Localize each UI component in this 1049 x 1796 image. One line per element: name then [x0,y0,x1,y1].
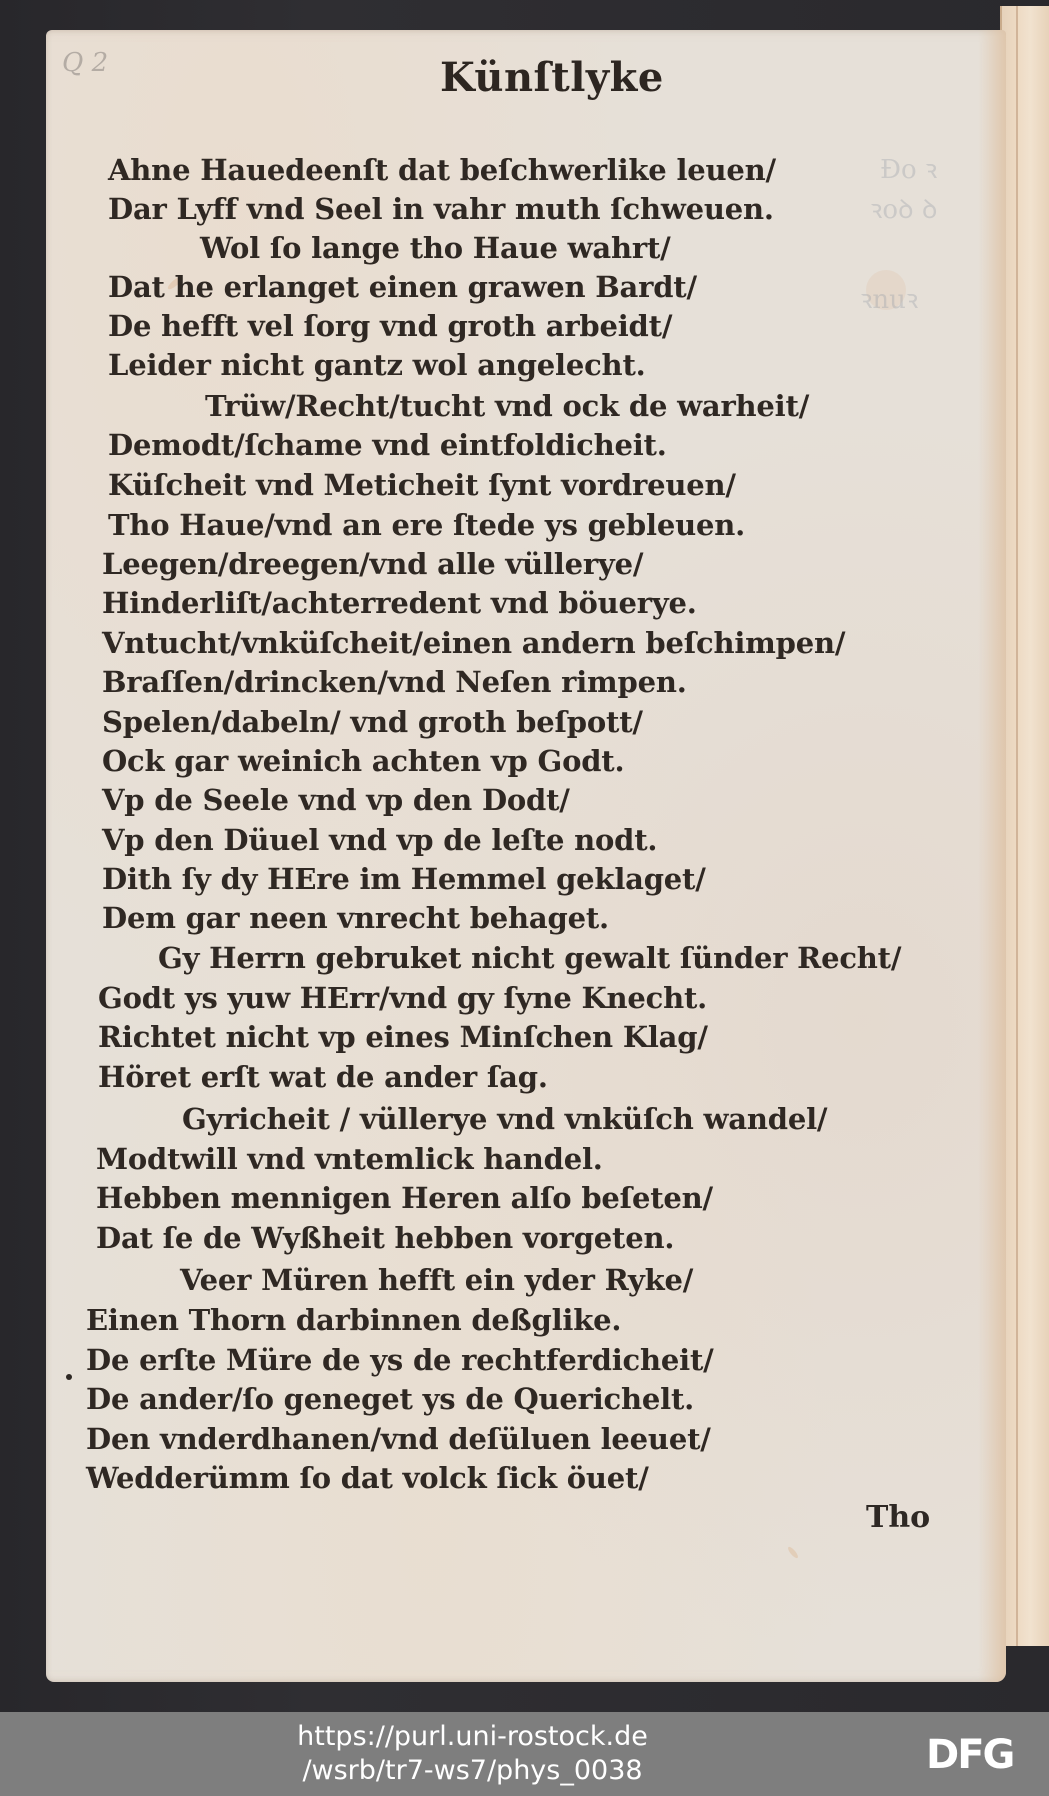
permalink-line-2: /wsrb/tr7-ws7/phys_0038 [0,1754,945,1788]
text-line: Wedderümm ſo dat volck ſick öuet/ [86,1460,649,1496]
margin-mark [66,1374,72,1380]
text-line: Vp de Seele vnd vp den Dodt/ [102,782,570,818]
text-line: Trüw/Recht/tucht vnd ock de warheit/ [205,388,809,424]
text-line: Modtwill vnd vntemlick handel. [96,1141,603,1177]
text-line: Gyricheit / vüllerye vnd vnküſch wandel/ [182,1101,827,1137]
text-line: De hefft vel ſorg vnd groth arbeidt/ [108,308,672,344]
text-line: Tho Haue/vnd an ere ſtede ys gebleuen. [108,507,745,543]
text-line: De erſte Müre de ys de rechtferdicheit/ [86,1342,714,1378]
permalink-line-1: https://purl.uni-rostock.de [0,1720,945,1754]
permalink[interactable]: https://purl.uni-rostock.de /wsrb/tr7-ws… [0,1720,945,1788]
text-line: Ock gar weinich achten vp Godt. [102,743,624,779]
text-line: Vntucht/vnküſcheit/einen andern beſchimp… [102,625,845,661]
text-line: Leider nicht gantz wol angelecht. [108,347,646,383]
text-line: Richtet nicht vp eines Minſchen Klag/ [98,1019,708,1055]
text-line: Demodt/ſchame vnd eintfoldicheit. [108,427,667,463]
text-line: Spelen/dabeln/ vnd groth beſpott/ [102,704,643,740]
text-line: Höret erſt wat de ander ſag. [98,1059,548,1095]
text-line: Hebben mennigen Heren alſo beſeten/ [96,1180,713,1216]
text-line: Gy Herrn gebruket nicht gewalt ſünder Re… [158,940,901,976]
text-line: Ahne Hauedeenſt dat beſchwerlike leuen/ [108,152,776,188]
dfg-logo: DFG [926,1732,1013,1778]
text-line: Veer Müren hefft ein yder Ryke/ [180,1262,693,1298]
text-line: Dar Lyff vnd Seel in vahr muth ſchweuen. [108,191,774,227]
text-line: Küſcheit vnd Meticheit ſynt vordreuen/ [108,467,736,503]
text-line: Vp den Düuel vnd vp de leſte nodt. [102,822,657,858]
catchword: Tho [866,1500,930,1535]
text-line: Leegen/dreegen/vnd alle vüllerye/ [102,546,643,582]
text-line: Braſſen/drincken/vnd Neſen rimpen. [102,664,687,700]
text-line: Hinderliſt/achterredent vnd böuerye. [102,585,697,621]
text-line: Den vnderdhanen/vnd deſüluen leeuet/ [86,1421,711,1457]
text-line: Dat he erlanget einen grawen Bardt/ [108,269,697,305]
text-line: Einen Thorn darbinnen deßglike. [86,1302,621,1338]
text-line: Godt ys yuw HErr/vnd gy ſyne Knecht. [98,980,707,1016]
text-line: De ander/ſo geneget ys de Querichelt. [86,1381,694,1417]
text-line: Dem gar neen vnrecht behaget. [102,900,609,936]
poem-text-block: Ahne Hauedeenſt dat beſchwerlike leuen/D… [0,0,1049,1700]
footer-bar: https://purl.uni-rostock.de /wsrb/tr7-ws… [0,1712,1049,1796]
text-line: Dith ſy dy HEre im Hemmel geklaget/ [102,861,706,897]
text-line: Wol ſo lange tho Haue wahrt/ [200,230,671,266]
text-line: Dat ſe de Wyßheit hebben vorgeten. [96,1220,674,1256]
